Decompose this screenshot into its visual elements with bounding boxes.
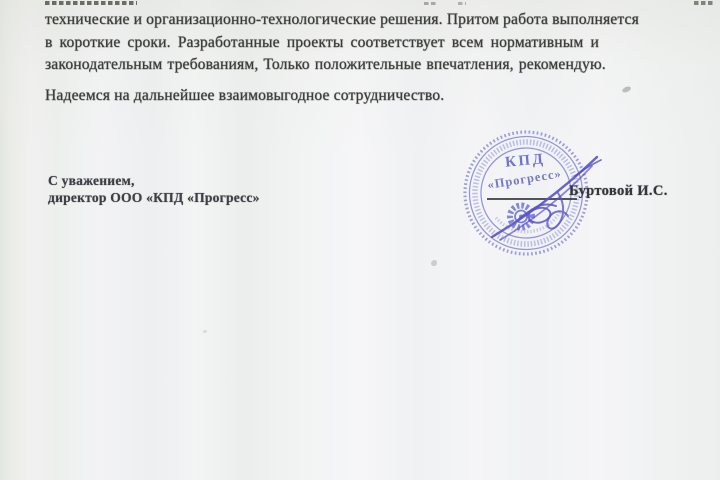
body-line: технические и организационно-технологиче… [45,11,639,29]
signatory-name: Буртовой И.С. [569,183,668,200]
body-line: законодательным требованиям, Только поло… [45,56,606,74]
scanned-letter-page: технические и организационно-технологиче… [0,0,720,480]
signoff-block: С уважением, директор ООО «КПД «Прогресс… [48,173,260,206]
clipped-text-remnant [424,2,436,5]
signoff-title: директор ООО «КПД «Прогресс» [48,190,260,207]
scan-speck [203,330,207,333]
body-line: в короткие сроки. Разработанные проекты … [45,34,599,52]
clipped-text-remnant [694,1,714,5]
closing-line: Надеемся на дальнейшее взаимовыгодное со… [45,87,444,105]
scan-speck [431,260,437,266]
scan-speck [621,86,631,94]
clipped-text-remnant [45,1,137,5]
clipped-text-remnant [458,2,466,5]
signoff-salutation: С уважением, [48,173,260,190]
